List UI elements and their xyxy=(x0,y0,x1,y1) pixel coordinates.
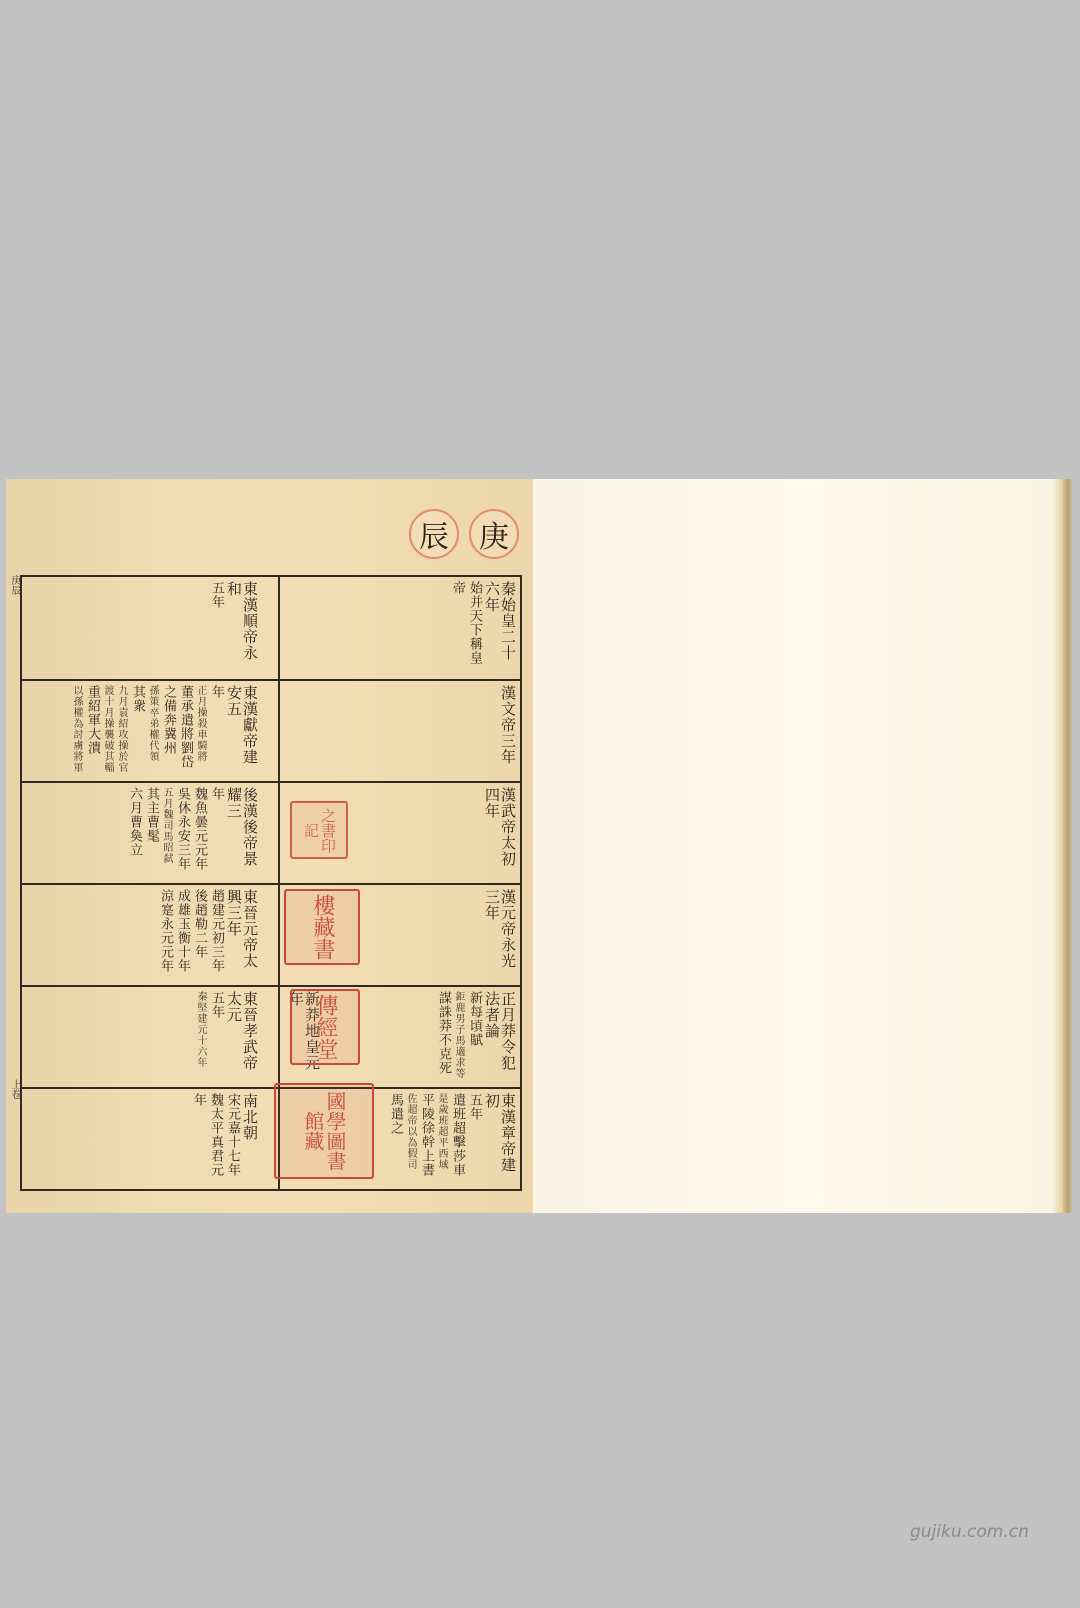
entry-text: 後趙勒二年 xyxy=(192,889,206,983)
collector-seal-medium: 傳經堂 xyxy=(290,989,360,1065)
entry-text: 新每頃賦 xyxy=(467,991,481,1085)
entry-text: 帝 xyxy=(450,581,464,675)
entry-text: 吳休永安三年 xyxy=(175,787,189,881)
entry-text: 東晉孝武帝太元 xyxy=(226,991,258,1085)
entry-text: 遣班超擊莎車 xyxy=(450,1093,464,1187)
right-cell: 秦始皇二十六年始并天下稱皇帝 xyxy=(450,581,516,675)
table-row: 東漢章帝建初五年遣班超擊莎車是歲班超平西域平陵徐幹上書佐超帝以為假司馬遣之南北朝… xyxy=(22,1087,520,1189)
entry-text: 平陵徐幹上書 xyxy=(419,1093,433,1187)
left-cell: 東漢順帝永和五年 xyxy=(209,581,258,675)
entry-text: 東漢順帝永和 xyxy=(226,581,258,675)
entry-text: 後漢後帝景耀三 xyxy=(226,787,258,881)
entry-text: 五月魏司馬昭弑 xyxy=(161,787,172,881)
left-cell: 東晉元帝太興三年趙建元初三年後趙勒二年成雄玉衡十年涼寔永元元年 xyxy=(158,889,258,983)
entry-text: 秦始皇二十六年 xyxy=(484,581,516,675)
entry-text: 五年 xyxy=(209,581,223,675)
entry-text: 九月袁紹攻操於官 xyxy=(116,685,127,779)
entry-text: 年 xyxy=(209,787,223,881)
book-edge xyxy=(1063,479,1073,1213)
heading-char-chen: 辰 xyxy=(409,509,459,559)
entry-text: 涼寔永元元年 xyxy=(158,889,172,983)
entry-text: 謀誅莽不克死 xyxy=(436,991,450,1085)
entry-text: 鉅鹿男子馬適求等 xyxy=(453,991,464,1085)
heading-char-geng: 庚 xyxy=(469,509,519,559)
entry-text: 重紹軍大潰 xyxy=(85,685,99,779)
entry-text: 渡十月操襲破其輜 xyxy=(102,685,113,779)
entry-text: 魏太平真君元 xyxy=(208,1093,222,1187)
entry-text: 年 xyxy=(191,1093,205,1187)
entry-text: 其衆 xyxy=(130,685,144,779)
left-page: 庚辰 上卷 辰 庚 秦始皇二十六年始并天下稱皇帝東漢順帝永和五年漢文帝三年東漢獻… xyxy=(6,479,533,1213)
entry-text: 秦堅建元十六年 xyxy=(195,991,206,1085)
entry-text: 趙建元初三年 xyxy=(209,889,223,983)
entry-text: 以孫權為討虜將軍 xyxy=(71,685,82,779)
entry-text: 六月曹奐立 xyxy=(127,787,141,881)
right-page-blank xyxy=(533,479,1073,1213)
left-cell: 東漢獻帝建安五年正月操殺車騎將董承遣將劉岱之備奔冀州孫策卒弟權代領其衆九月袁紹攻… xyxy=(71,685,258,779)
entry-text: 漢武帝太初四年 xyxy=(484,787,516,881)
entry-text: 之備奔冀州 xyxy=(161,685,175,779)
chronology-table: 秦始皇二十六年始并天下稱皇帝東漢順帝永和五年漢文帝三年東漢獻帝建安五年正月操殺車… xyxy=(20,575,522,1191)
entry-text: 其主曹髦 xyxy=(144,787,158,881)
right-cell: 漢文帝三年 xyxy=(500,685,516,779)
left-cell: 東晉孝武帝太元五年秦堅建元十六年 xyxy=(195,991,258,1085)
right-cell: 正月莽令犯法者論新每頃賦鉅鹿男子馬適求等謀誅莽不克死 xyxy=(436,991,516,1085)
entry-text: 南北朝 xyxy=(242,1093,258,1187)
entry-text: 東漢章帝建初 xyxy=(484,1093,516,1187)
entry-text: 宋元嘉十七年 xyxy=(225,1093,239,1187)
left-cell: 後漢後帝景耀三年魏魚曇元元年吳休永安三年五月魏司馬昭弑其主曹髦六月曹奐立 xyxy=(127,787,258,881)
cyclical-year-heading: 辰 庚 xyxy=(409,509,519,559)
entry-text: 魏魚曇元元年 xyxy=(192,787,206,881)
entry-text: 漢文帝三年 xyxy=(500,685,516,779)
table-row: 漢元帝永光三年東晉元帝太興三年趙建元初三年後趙勒二年成雄玉衡十年涼寔永元元年 xyxy=(22,883,520,985)
entry-text: 東漢獻帝建安五 xyxy=(226,685,258,779)
right-cell: 東漢章帝建初五年遣班超擊莎車是歲班超平西域平陵徐幹上書佐超帝以為假司馬遣之 xyxy=(388,1093,516,1187)
entry-text: 佐超帝以為假司 xyxy=(405,1093,416,1187)
entry-text: 始并天下稱皇 xyxy=(467,581,481,675)
entry-text: 成雄玉衡十年 xyxy=(175,889,189,983)
entry-text: 年 xyxy=(209,685,223,779)
entry-text: 漢元帝永光三年 xyxy=(484,889,516,983)
table-row: 秦始皇二十六年始并天下稱皇帝東漢順帝永和五年 xyxy=(22,577,520,679)
right-cell: 漢元帝永光三年 xyxy=(484,889,516,983)
entry-text: 孫策卒弟權代領 xyxy=(147,685,158,779)
table-row: 漢武帝太初四年後漢後帝景耀三年魏魚曇元元年吳休永安三年五月魏司馬昭弑其主曹髦六月… xyxy=(22,781,520,883)
left-cell: 南北朝宋元嘉十七年魏太平真君元年 xyxy=(191,1093,258,1187)
collector-seal-small: 之書印記 xyxy=(290,801,348,859)
entry-text: 是歲班超平西域 xyxy=(436,1093,447,1187)
entry-text: 馬遣之 xyxy=(388,1093,402,1187)
entry-text: 五年 xyxy=(209,991,223,1085)
entry-text: 正月莽令犯法者論 xyxy=(484,991,516,1085)
site-watermark: gujiku.com.cn xyxy=(910,1522,1029,1542)
book-scan: 庚辰 上卷 辰 庚 秦始皇二十六年始并天下稱皇帝東漢順帝永和五年漢文帝三年東漢獻… xyxy=(6,479,1076,1213)
table-row: 正月莽令犯法者論新每頃賦鉅鹿男子馬適求等謀誅莽不克死新莽地皇元年東晉孝武帝太元五… xyxy=(22,985,520,1087)
right-cell: 漢武帝太初四年 xyxy=(484,787,516,881)
entry-text: 正月操殺車騎將 xyxy=(195,685,206,779)
collector-seal-library: 樓藏書 xyxy=(284,889,360,965)
entry-text: 五年 xyxy=(467,1093,481,1187)
entry-text: 東晉元帝太興三年 xyxy=(226,889,258,983)
entry-text: 董承遣將劉岱 xyxy=(178,685,192,779)
collector-seal-large: 國學圖書館藏 xyxy=(274,1083,374,1179)
table-row: 漢文帝三年東漢獻帝建安五年正月操殺車騎將董承遣將劉岱之備奔冀州孫策卒弟權代領其衆… xyxy=(22,679,520,781)
